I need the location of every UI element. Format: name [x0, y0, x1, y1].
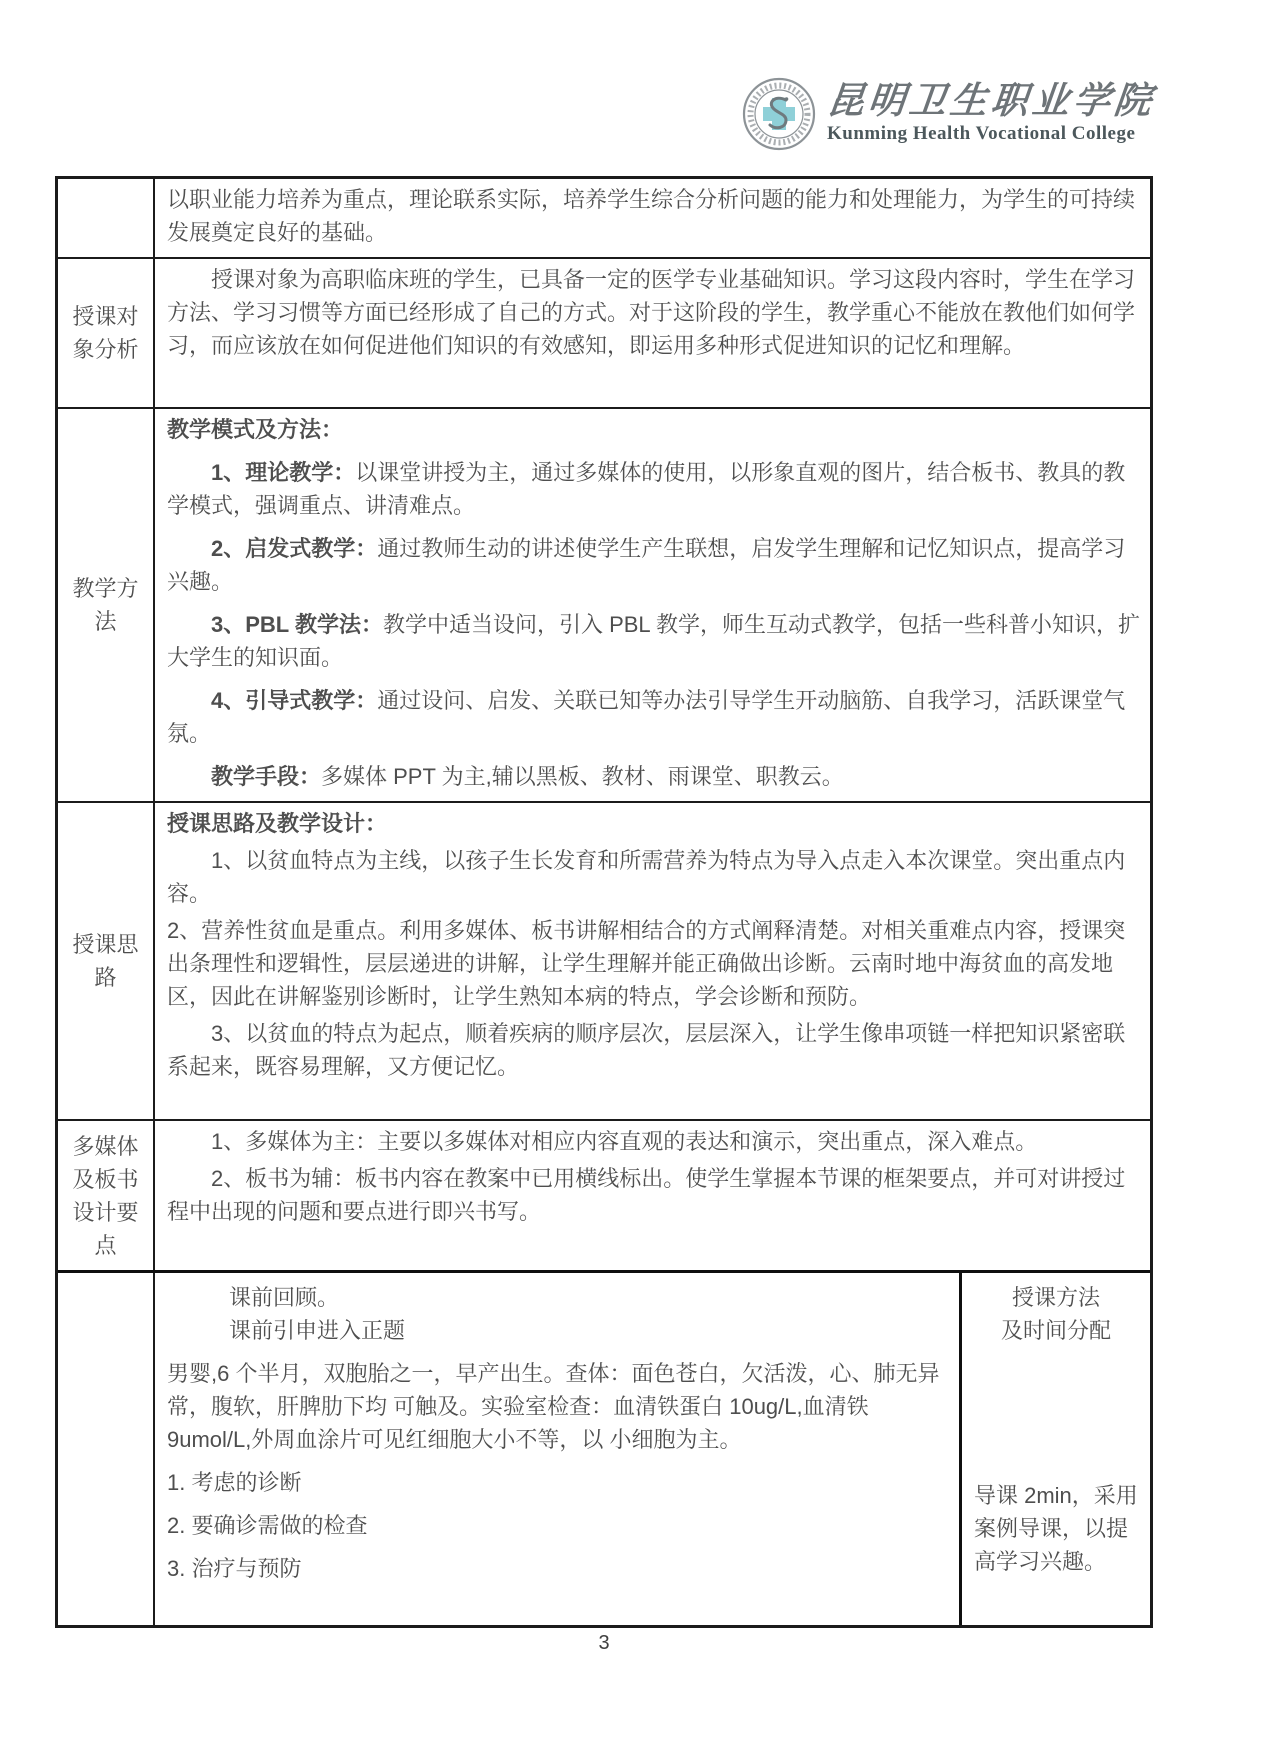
row-audience-analysis: 授课对象分析 授课对象为高职临床班的学生，已具备一定的医学专业基础知识。学习这段… [58, 257, 1150, 407]
paragraph-text: 1、多媒体为主：主要以多媒体对相应内容直观的表达和演示，突出重点，深入难点。 [211, 1129, 1037, 1154]
row-media-board-design: 多媒体及板书设计要点 1、多媒体为主：主要以多媒体对相应内容直观的表达和演示，突… [58, 1119, 1150, 1270]
paragraph: 以职业能力培养为重点，理论联系实际，培养学生综合分析问题的能力和处理能力，为学生… [167, 183, 1140, 249]
row-teaching-approach: 授课思路 授课思路及教学设计： 1、以贫血特点为主线，以孩子生长发育和所需营养为… [58, 801, 1150, 1119]
pre-class-review: 课前回顾。 [167, 1281, 947, 1314]
lesson-plan-page: 昆明卫生职业学院 Kunming Health Vocational Colle… [0, 0, 1271, 1763]
paragraph-text: 3、以贫血的特点为起点，顺着疾病的顺序层次，层层深入，让学生像串项链一样把知识紧… [167, 1021, 1125, 1079]
method-time-cell: 授课方法 及时间分配 导课 2min，采用案例导课，以提高学习兴趣。 [962, 1273, 1150, 1625]
lead-in-time-note: 导课 2min，采用案例导课，以提高学习兴趣。 [974, 1479, 1138, 1578]
paragraph-text: 多媒体 PPT 为主,辅以黑板、教材、雨课堂、职教云。 [321, 764, 844, 789]
college-name: 昆明卫生职业学院 Kunming Health Vocational Colle… [827, 82, 1155, 146]
page-number: 3 [55, 1632, 1153, 1655]
paragraph: 1、理论教学：以课堂讲授为主，通过多媒体的使用，以形象直观的图片，结合板书、教具… [167, 456, 1140, 522]
row-label-empty [58, 179, 155, 257]
paragraph: 3、PBL 教学法：教学中适当设问，引入 PBL 教学，师生互动式教学，包括一些… [167, 608, 1140, 674]
row-label-audience: 授课对象分析 [58, 259, 155, 407]
paragraph: 教学模式及方法： [167, 413, 1140, 446]
paragraph-lead: 教学模式及方法： [167, 417, 343, 442]
paragraph-text: 1、以贫血特点为主线，以孩子生长发育和所需营养为特点为导入点走入本次课堂。突出重… [167, 848, 1125, 906]
row-lesson-content: 课前回顾。 课前引申进入正题 男婴,6 个半月，双胞胎之一，早产出生。查体：面色… [58, 1270, 1150, 1625]
audience-analysis-content: 授课对象为高职临床班的学生，已具备一定的医学专业基础知识。学习这段内容时，学生在… [155, 259, 1150, 407]
question-1: 1. 考虑的诊断 [167, 1466, 947, 1499]
paragraph-lead: 3、PBL 教学法： [211, 612, 383, 637]
media-board-content: 1、多媒体为主：主要以多媒体对相应内容直观的表达和演示，突出重点，深入难点。 2… [155, 1121, 1150, 1270]
row-teaching-methods: 教学方法 教学模式及方法： 1、理论教学：以课堂讲授为主，通过多媒体的使用，以形… [58, 407, 1150, 801]
paragraph-text: 男婴,6 个半月，双胞胎之一，早产出生。查体：面色苍白，欠活泼，心、肺无异常，腹… [167, 1361, 939, 1452]
row-course-goal: 以职业能力培养为重点，理论联系实际，培养学生综合分析问题的能力和处理能力，为学生… [58, 179, 1150, 257]
college-name-en: Kunming Health Vocational College [827, 122, 1155, 146]
paragraph-text: 1. 考虑的诊断 [167, 1470, 301, 1495]
paragraph: 教学手段：多媒体 PPT 为主,辅以黑板、教材、雨课堂、职教云。 [167, 760, 1140, 793]
paragraph-lead: 2、启发式教学： [211, 536, 377, 561]
lesson-plan-table: 以职业能力培养为重点，理论联系实际，培养学生综合分析问题的能力和处理能力，为学生… [55, 176, 1153, 1628]
paragraph: 授课对象为高职临床班的学生，已具备一定的医学专业基础知识。学习这段内容时，学生在… [167, 263, 1140, 362]
paragraph: 1、以贫血特点为主线，以孩子生长发育和所需营养为特点为导入点走入本次课堂。突出重… [167, 844, 1140, 910]
teaching-methods-content: 教学模式及方法： 1、理论教学：以课堂讲授为主，通过多媒体的使用，以形象直观的图… [155, 409, 1150, 801]
row-label-empty-bottom [58, 1273, 155, 1625]
row-label-methods: 教学方法 [58, 409, 155, 801]
question-2: 2. 要确诊需做的检查 [167, 1509, 947, 1542]
lesson-content-cell: 课前回顾。 课前引申进入正题 男婴,6 个半月，双胞胎之一，早产出生。查体：面色… [155, 1273, 962, 1625]
method-time-header-line2: 及时间分配 [974, 1314, 1138, 1347]
college-seal-icon [741, 76, 817, 152]
course-goal-content: 以职业能力培养为重点，理论联系实际，培养学生综合分析问题的能力和处理能力，为学生… [155, 179, 1150, 257]
paragraph-lead: 教学手段： [211, 764, 321, 789]
row-label-approach: 授课思路 [58, 803, 155, 1119]
paragraph-text: 2、营养性贫血是重点。利用多媒体、板书讲解相结合的方式阐释清楚。对相关重难点内容… [167, 918, 1125, 1009]
paragraph: 2、启发式教学：通过教师生动的讲述使学生产生联想，启发学生理解和记忆知识点，提高… [167, 532, 1140, 598]
pre-class-lead-in: 课前引申进入正题 [167, 1314, 947, 1347]
paragraph-text: 课前引申进入正题 [229, 1318, 405, 1343]
paragraph-lead: 4、引导式教学： [211, 688, 377, 713]
paragraph-text: 2、板书为辅：板书内容在教案中已用横线标出。使学生掌握本节课的框架要点，并可对讲… [167, 1166, 1125, 1224]
method-time-header-line1: 授课方法 [974, 1281, 1138, 1314]
paragraph-text: 导课 2min，采用案例导课，以提高学习兴趣。 [974, 1483, 1138, 1574]
paragraph-text: 授课对象为高职临床班的学生，已具备一定的医学专业基础知识。学习这段内容时，学生在… [167, 267, 1135, 358]
paragraph: 2、板书为辅：板书内容在教案中已用横线标出。使学生掌握本节课的框架要点，并可对讲… [167, 1162, 1140, 1228]
question-3: 3. 治疗与预防 [167, 1552, 947, 1585]
college-logo: 昆明卫生职业学院 Kunming Health Vocational Colle… [741, 76, 1155, 152]
teaching-approach-content: 授课思路及教学设计： 1、以贫血特点为主线，以孩子生长发育和所需营养为特点为导入… [155, 803, 1150, 1119]
college-name-cn: 昆明卫生职业学院 [825, 82, 1157, 122]
paragraph-text: 课前回顾。 [229, 1285, 339, 1310]
paragraph: 授课思路及教学设计： [167, 807, 1140, 840]
method-time-header: 授课方法 及时间分配 [974, 1281, 1138, 1347]
paragraph: 1、多媒体为主：主要以多媒体对相应内容直观的表达和演示，突出重点，深入难点。 [167, 1125, 1140, 1158]
paragraph: 2、营养性贫血是重点。利用多媒体、板书讲解相结合的方式阐释清楚。对相关重难点内容… [167, 914, 1140, 1013]
row-label-media-board: 多媒体及板书设计要点 [58, 1121, 155, 1270]
paragraph-lead: 1、理论教学： [211, 460, 355, 485]
paragraph-text: 以职业能力培养为重点，理论联系实际，培养学生综合分析问题的能力和处理能力，为学生… [167, 187, 1135, 245]
paragraph: 3、以贫血的特点为起点，顺着疾病的顺序层次，层层深入，让学生像串项链一样把知识紧… [167, 1017, 1140, 1083]
paragraph-text: 2. 要确诊需做的检查 [167, 1513, 367, 1538]
paragraph: 4、引导式教学：通过设问、启发、关联已知等办法引导学生开动脑筋、自我学习，活跃课… [167, 684, 1140, 750]
paragraph-lead: 授课思路及教学设计： [167, 811, 387, 836]
paragraph-text: 3. 治疗与预防 [167, 1556, 301, 1581]
case-description: 男婴,6 个半月，双胞胎之一，早产出生。查体：面色苍白，欠活泼，心、肺无异常，腹… [167, 1357, 947, 1456]
